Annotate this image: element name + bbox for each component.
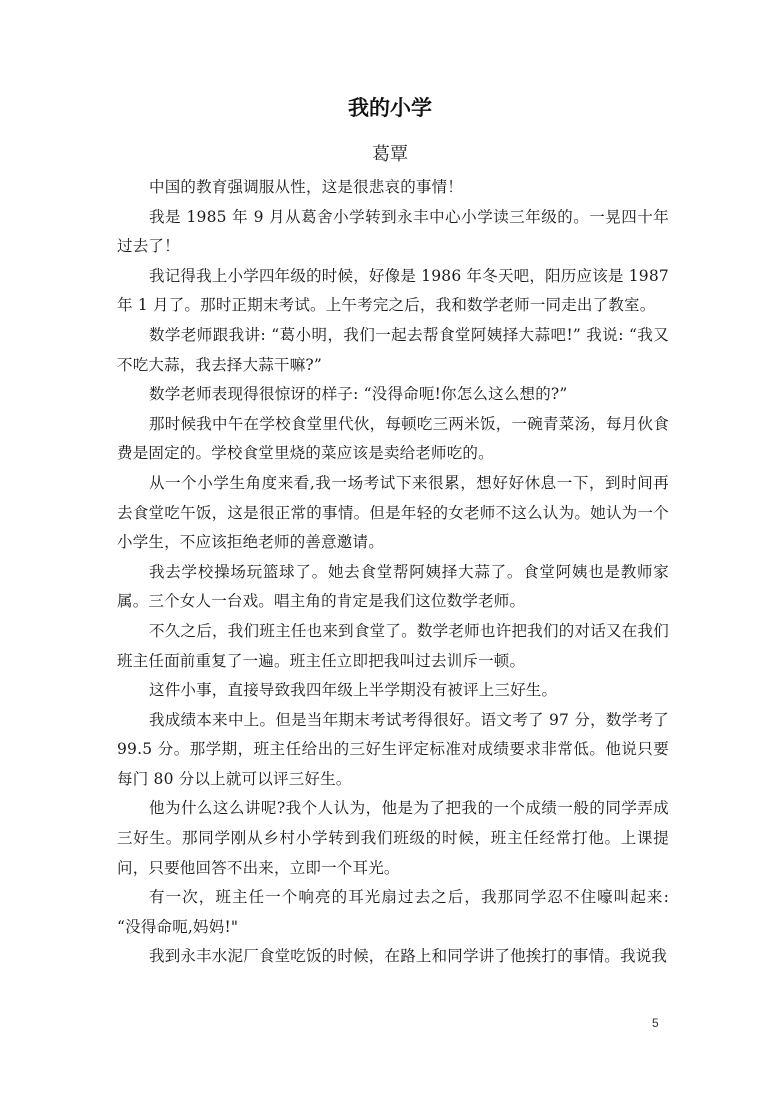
- paragraph: 我成绩本来中上。但是当年期末考试考得很好。语文考了 97 分，数学考了 99.5…: [117, 706, 669, 795]
- paragraph: 我记得我上小学四年级的时候，好像是 1986 年冬天吧，阳历应该是 1987 年…: [117, 262, 669, 321]
- paragraph: 不久之后，我们班主任也来到食堂了。数学老师也许把我们的对话又在我们班主任面前重复…: [117, 617, 669, 676]
- paragraph: 我去学校操场玩篮球了。她去食堂帮阿姨择大蒜了。食堂阿姨也是教师家属。三个女人一台…: [117, 558, 669, 617]
- paragraph: 这件小事，直接导致我四年级上半学期没有被评上三好生。: [117, 676, 669, 706]
- document-title: 我的小学: [0, 92, 780, 122]
- paragraph: 数学老师跟我讲: “葛小明，我们一起去帮食堂阿姨择大蒜吧!” 我说: “我又不吃…: [117, 321, 669, 380]
- document-author: 葛覃: [0, 140, 780, 166]
- paragraph: 他为什么这么讲呢?我个人认为，他是为了把我的一个成绩一般的同学弄成三好生。那同学…: [117, 794, 669, 883]
- paragraph: 中国的教育强调服从性，这是很悲哀的事情！: [117, 173, 669, 203]
- paragraph: 数学老师表现得很惊讶的样子: “没得命呃!你怎么这么想的?”: [117, 380, 669, 410]
- document-body: 中国的教育强调服从性，这是很悲哀的事情！ 我是 1985 年 9 月从葛舍小学转…: [117, 173, 669, 972]
- page-number: 5: [652, 1016, 659, 1030]
- paragraph: 从一个小学生角度来看,我一场考试下来很累，想好好休息一下，到时间再去食堂吃午饭，…: [117, 469, 669, 558]
- paragraph: 我是 1985 年 9 月从葛舍小学转到永丰中心小学读三年级的。一晃四十年过去了…: [117, 203, 669, 262]
- paragraph: 我到永丰水泥厂食堂吃饭的时候，在路上和同学讲了他挨打的事情。我说我: [117, 942, 669, 972]
- paragraph: 有一次，班主任一个响亮的耳光扇过去之后，我那同学忍不住嚎叫起来: “没得命呃,妈…: [117, 883, 669, 942]
- paragraph: 那时候我中午在学校食堂里代伙，每顿吃三两米饭，一碗青菜汤，每月伙食费是固定的。学…: [117, 410, 669, 469]
- document-page: 我的小学 葛覃 中国的教育强调服从性，这是很悲哀的事情！ 我是 1985 年 9…: [0, 0, 780, 1094]
